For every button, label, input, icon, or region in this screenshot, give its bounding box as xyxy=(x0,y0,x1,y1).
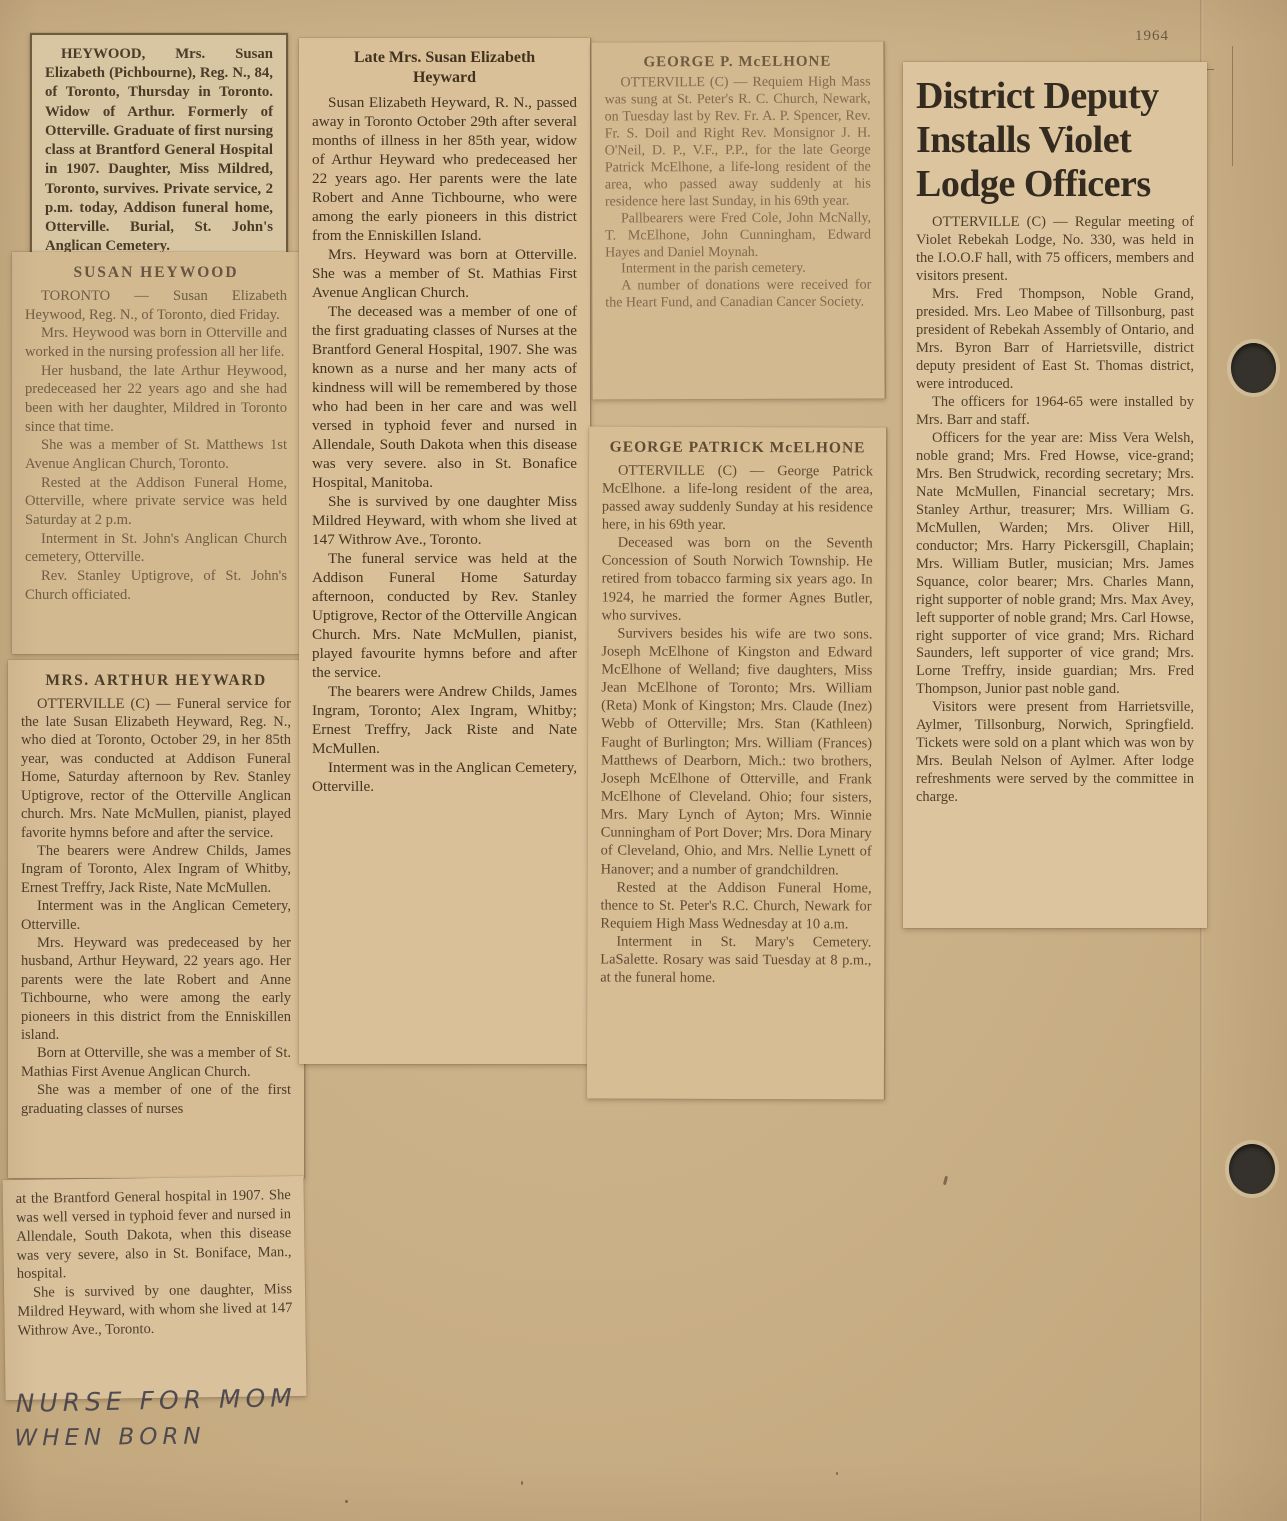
paragraph: The bearers were Andrew Childs, James In… xyxy=(312,682,577,758)
scrapbook-page: 1964 HEYWOOD, Mrs. Susan Elizabeth (Pich… xyxy=(0,0,1287,1521)
clipping-heywood-notice: HEYWOOD, Mrs. Susan Elizabeth (Pichbourn… xyxy=(30,33,288,269)
paragraph: Deceased was born on the Seventh Concess… xyxy=(601,534,872,626)
paragraph: HEYWOOD, Mrs. Susan Elizabeth (Pichbourn… xyxy=(45,45,273,257)
paragraph: The officers for 1964-65 were installed … xyxy=(916,394,1194,430)
paragraph: OTTERVILLE (C) — George Patrick McElhone… xyxy=(602,461,873,535)
clipping-mrs-arthur-heyward-lower: at the Brantford General hospital in 190… xyxy=(2,1176,306,1400)
paragraph: She was a member of St. Matthews 1st Ave… xyxy=(25,436,287,473)
paragraph: TORONTO — Susan Elizabeth Heywood, Reg. … xyxy=(25,287,287,324)
paragraph: Rested at the Addison Funeral Home, then… xyxy=(600,878,871,933)
handwritten-note-line2: WHEN BORN xyxy=(14,1423,297,1452)
paragraph: OTTERVILLE (C) — Requiem High Mass was s… xyxy=(604,75,870,211)
paragraph: OTTERVILLE (C) — Regular meeting of Viol… xyxy=(916,214,1194,286)
paragraph: Mrs. Heyward was predeceased by her husb… xyxy=(21,934,291,1044)
clipping-title: GEORGE P. McELHONE xyxy=(604,53,870,72)
headline-line2: Installs Violet xyxy=(916,118,1194,162)
paragraph: Born at Otterville, she was a member of … xyxy=(21,1044,291,1081)
paragraph: Mrs. Heywood was born in Otterville and … xyxy=(25,324,287,361)
paragraph: Interment was in the Anglican Cemetery, … xyxy=(21,897,291,934)
paragraph: The funeral service was held at the Addi… xyxy=(312,549,577,682)
clipping-susan-heywood: SUSAN HEYWOOD TORONTO — Susan Elizabeth … xyxy=(12,252,301,654)
hole-punch-bottom xyxy=(1229,1144,1275,1194)
paragraph: OTTERVILLE (C) — Funeral service for the… xyxy=(21,695,291,842)
paragraph: Interment was in the Anglican Cemetery, … xyxy=(312,758,577,796)
clipping-title: Late Mrs. Susan Elizabeth xyxy=(312,48,577,68)
clipping-title: MRS. ARTHUR HEYWARD xyxy=(21,671,291,691)
paragraph: Mrs. Fred Thompson, Noble Grand, preside… xyxy=(916,286,1194,394)
clipping-district-deputy: District Deputy Installs Violet Lodge Of… xyxy=(903,62,1207,928)
paragraph: Visitors were present from Harrietsville… xyxy=(916,699,1194,807)
paragraph: Pallbearers were Fred Cole, John McNally… xyxy=(605,210,871,262)
clipping-title: SUSAN HEYWOOD xyxy=(25,263,287,283)
paragraph: at the Brantford General hospital in 190… xyxy=(16,1186,292,1284)
paragraph: Rev. Stanley Uptigrove, of St. John's Ch… xyxy=(25,567,287,604)
clipping-title: GEORGE PATRICK McELHONE xyxy=(602,438,873,458)
year-label: 1964 xyxy=(1135,28,1169,45)
paragraph: A number of donations were received for … xyxy=(605,278,871,313)
paper-speck xyxy=(521,1481,523,1485)
ink-mark xyxy=(943,1176,948,1185)
headline-line1: District Deputy xyxy=(916,74,1194,118)
paragraph: Interment in the parish cemetery. xyxy=(605,261,871,279)
hole-punch-top xyxy=(1231,343,1276,393)
headline-line3: Lodge Officers xyxy=(916,162,1194,206)
paragraph: The bearers were Andrew Childs, James In… xyxy=(21,842,291,897)
paragraph: Rested at the Addison Funeral Home, Otte… xyxy=(25,474,287,530)
clipping-george-patrick-mcelhone: GEORGE PATRICK McELHONE OTTERVILLE (C) —… xyxy=(587,426,887,1099)
paragraph: She is survived by one daughter Miss Mil… xyxy=(312,492,577,549)
paragraph: Susan Elizabeth Heyward, R. N., passed a… xyxy=(312,93,577,245)
paragraph: She is survived by one daughter, Miss Mi… xyxy=(17,1280,293,1340)
paragraph: Her husband, the late Arthur Heywood, pr… xyxy=(25,362,287,437)
paper-speck xyxy=(836,1472,838,1475)
paragraph: Mrs. Heyward was born at Otterville. She… xyxy=(312,245,577,302)
paper-speck xyxy=(345,1500,348,1503)
clipping-george-p-mcelhone: GEORGE P. McELHONE OTTERVILLE (C) — Requ… xyxy=(591,41,885,399)
clipping-title-line2: Heyward xyxy=(312,68,577,88)
paragraph: Officers for the year are: Miss Vera Wel… xyxy=(916,430,1194,700)
clipping-edge-rule-vertical xyxy=(1232,46,1233,166)
clipping-mrs-arthur-heyward: MRS. ARTHUR HEYWARD OTTERVILLE (C) — Fun… xyxy=(8,660,305,1178)
paragraph: Survivers besides his wife are two sons.… xyxy=(601,624,873,879)
paragraph: She was a member of one of the first gra… xyxy=(21,1081,291,1118)
paragraph: The deceased was a member of one of the … xyxy=(312,302,577,492)
paragraph: Interment in St. John's Anglican Church … xyxy=(25,530,287,567)
paragraph: Interment in St. Mary's Cemetery. LaSale… xyxy=(600,933,871,988)
clipping-late-mrs-heyward: Late Mrs. Susan Elizabeth Heyward Susan … xyxy=(299,38,591,1064)
headline: District Deputy Installs Violet Lodge Of… xyxy=(916,74,1194,206)
handwritten-note: NURSE FOR MOM WHEN BORN xyxy=(15,1383,297,1453)
handwritten-note-line1: NURSE FOR MOM xyxy=(15,1383,297,1418)
